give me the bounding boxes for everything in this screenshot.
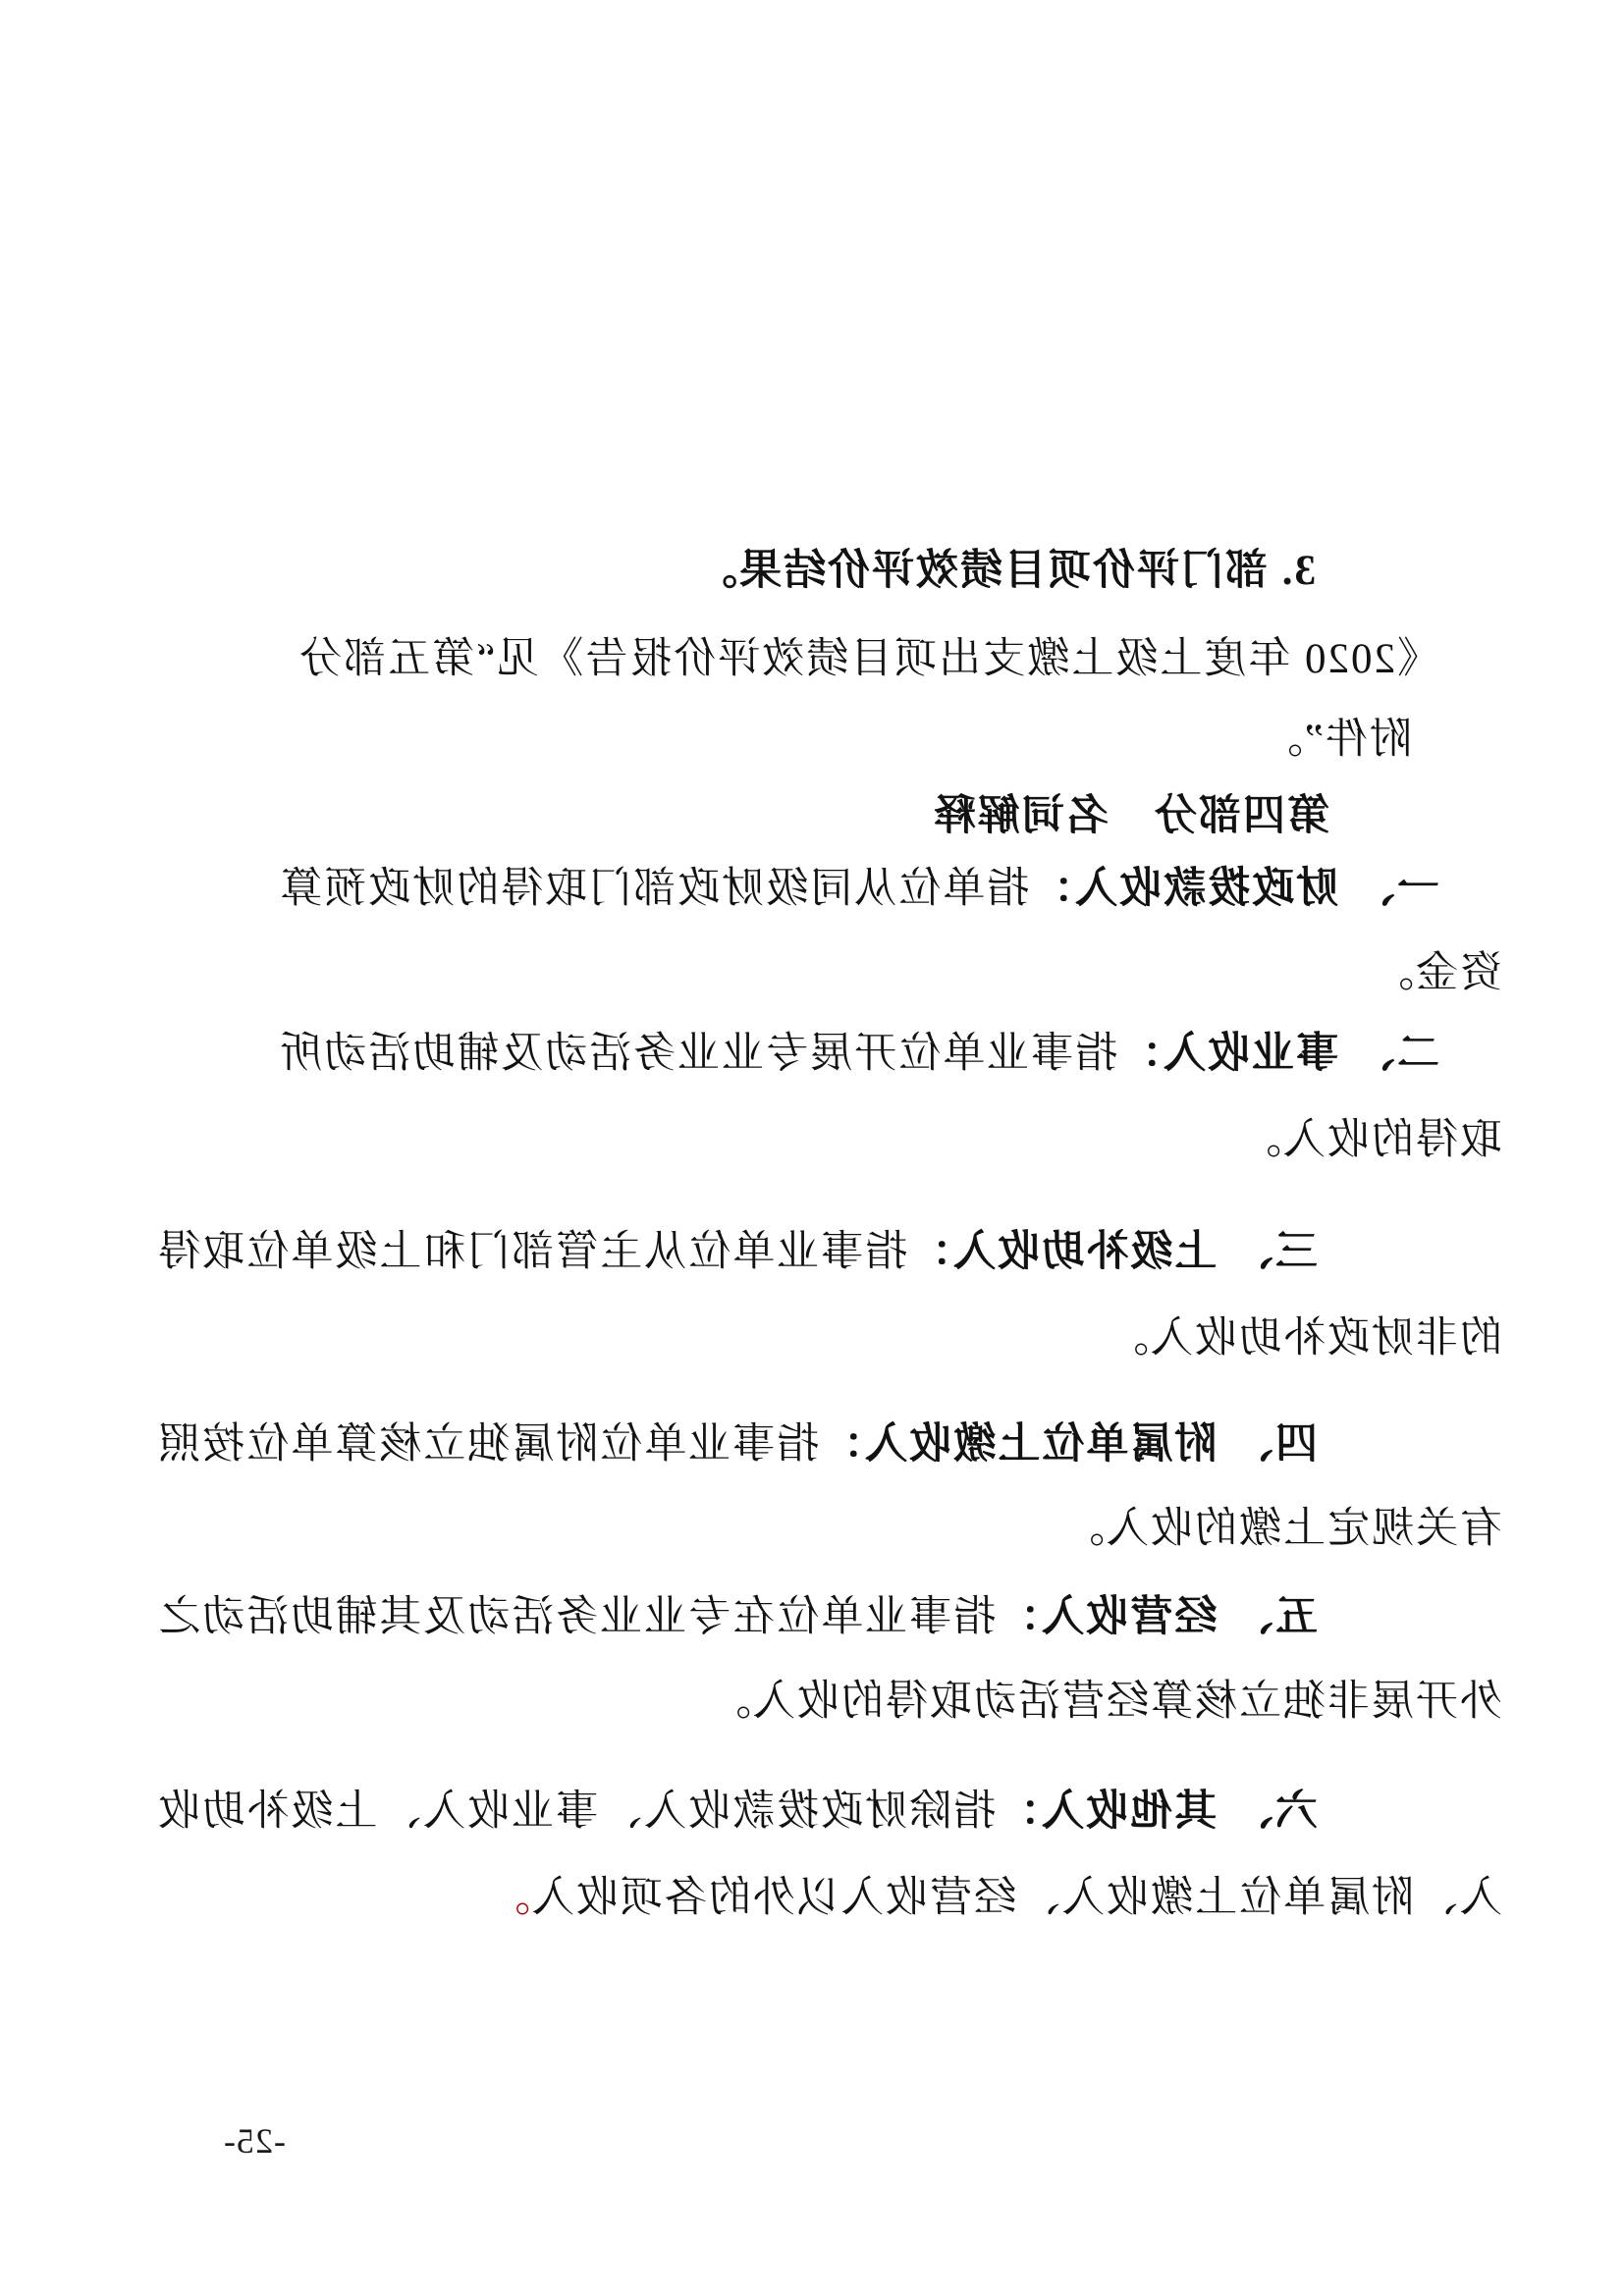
term-1-label: 一、 财政拨款收入： xyxy=(1029,866,1439,912)
term-6-line-1: 六、 其他收入：指除财政拨款收入、事业收入、上级补助收 xyxy=(156,1787,1318,1838)
term-1-line-2: 资金。 xyxy=(1370,948,1502,999)
page-number: -25- xyxy=(223,2120,286,2163)
term-6-line-2: 入、附属单位上缴收入、经营收入以外的各项收入。 xyxy=(486,1873,1502,1924)
term-4-label: 四、 附属单位上缴收入： xyxy=(819,1421,1318,1468)
term-5-line-2: 外开展非独立核算经营活动取得的收入。 xyxy=(707,1677,1502,1728)
document-page: 3. 部门评价项目绩效评价结果。 《2020 年度上级上缴支出项目绩效评价报告》… xyxy=(0,0,1624,2296)
term-3-line-1: 三、 上级补助收入：指事业单位从主管部门和上级单位取得 xyxy=(156,1227,1318,1278)
term-2-definition: 指事业单位开展专业业务活动及辅助活动所 xyxy=(278,1031,1117,1077)
term-1-definition: 指单位从同级财政部门取得的财政预算 xyxy=(278,866,1029,912)
term-2-line-2: 取得的收入。 xyxy=(1237,1115,1502,1166)
term-4-line-1: 四、 附属单位上缴收入：指事业单位附属独立核算单位按照 xyxy=(156,1419,1318,1470)
part4-heading: 第四部分 名词解释 xyxy=(932,791,1329,842)
term-4-definition: 指事业单位附属独立核算单位按照 xyxy=(156,1421,819,1468)
red-period: 。 xyxy=(486,1875,530,1921)
term-5-line-1: 五、 经营收入：指事业单位在专业业务活动及其辅助活动之 xyxy=(156,1592,1318,1643)
term-6-label: 六、 其他收入： xyxy=(996,1789,1318,1835)
term-5-definition: 指事业单位在专业业务活动及其辅助活动之 xyxy=(156,1594,996,1640)
term-1-line-1: 一、 财政拨款收入：指单位从同级财政部门取得的财政预算 xyxy=(278,864,1439,915)
term-6-definition: 指除财政拨款收入、事业收入、上级补助收 xyxy=(156,1789,996,1835)
result-heading: 3. 部门评价项目绩效评价结果。 xyxy=(693,546,1316,597)
term-2-line-1: 二、 事业收入：指事业单位开展专业业务活动及辅助活动所 xyxy=(278,1029,1439,1080)
result-paragraph-line-1: 《2020 年度上级上缴支出项目绩效评价报告》见“第五部分 xyxy=(298,634,1439,685)
term-5-label: 五、 经营收入： xyxy=(996,1594,1318,1640)
term-6-line-2-text: 入、附属单位上缴收入、经营收入以外的各项收入 xyxy=(530,1875,1502,1921)
result-paragraph-line-2: 附件”。 xyxy=(1259,715,1412,766)
mirrored-scan-area: 3. 部门评价项目绩效评价结果。 《2020 年度上级上缴支出项目绩效评价报告》… xyxy=(0,0,1624,2296)
term-3-definition: 指事业单位从主管部门和上级单位取得 xyxy=(156,1229,907,1275)
term-4-line-2: 有关规定上缴的收入。 xyxy=(1060,1504,1502,1555)
term-2-label: 二、 事业收入： xyxy=(1117,1031,1439,1077)
term-3-label: 三、 上级补助收入： xyxy=(907,1229,1318,1275)
term-3-line-2: 的非财政补助收入。 xyxy=(1105,1313,1502,1364)
